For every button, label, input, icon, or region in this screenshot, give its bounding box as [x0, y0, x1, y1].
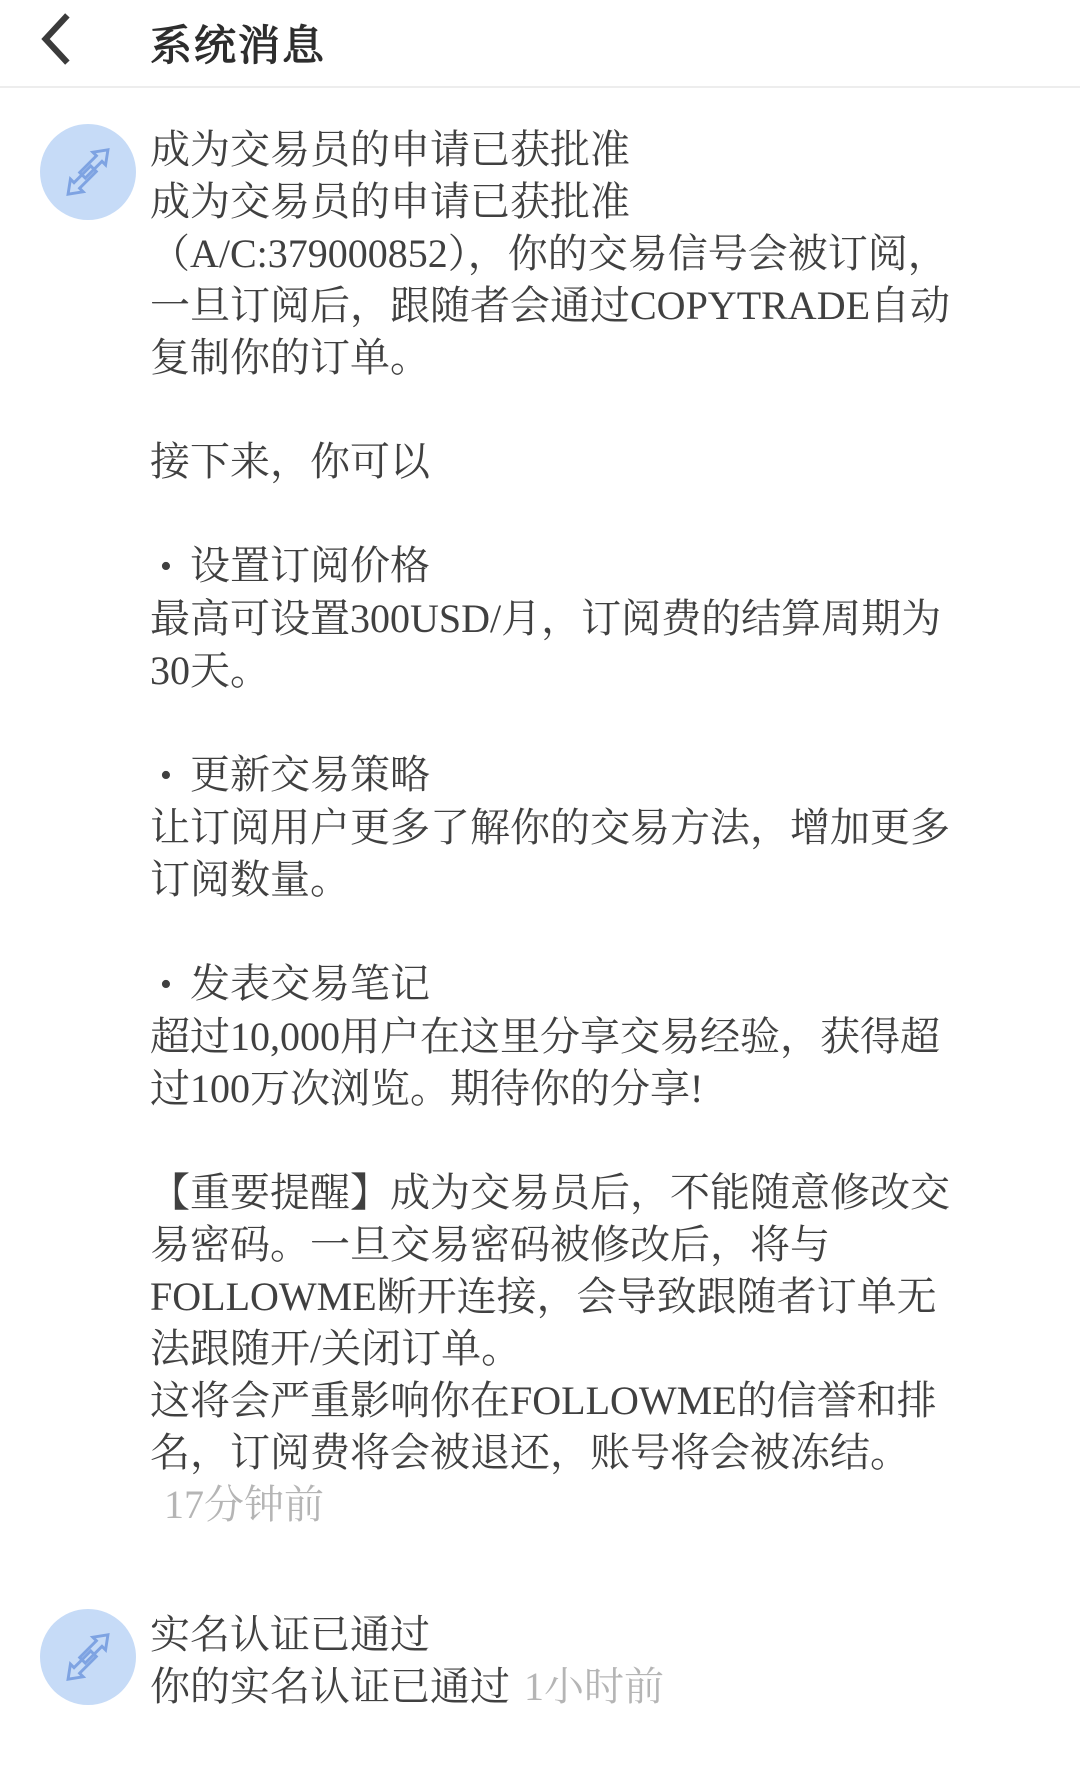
bullet-title-trading-notes: •发表交易笔记: [150, 958, 956, 1011]
warning-text: 【重要提醒】成为交易员后，不能随意修改交易密码。一旦交易密码被修改后，将与FOL…: [150, 1170, 950, 1475]
system-messages-screen: 系统消息 成为交易员的申请已获批准 成为交易员的申请已获批准（A/C:37900…: [0, 0, 1080, 1776]
bullet-dot: •: [150, 959, 190, 1011]
message-avatar: [40, 1609, 136, 1705]
message-content: 实名认证已通过 你的实名认证已通过1小时前: [150, 1609, 956, 1713]
message-title: 实名认证已通过: [150, 1609, 956, 1661]
bullet-title-text: 更新交易策略: [190, 752, 430, 797]
message-body: 你的实名认证已通过1小时前: [150, 1661, 956, 1713]
bullet-desc-subscription-price: 最高可设置300USD/月，订阅费的结算周期为30天。: [150, 593, 956, 697]
timestamp: 17分钟前: [164, 1482, 324, 1527]
page-title: 系统消息: [150, 13, 326, 73]
bullet-desc-trading-strategy: 让订阅用户更多了解你的交易方法，增加更多订阅数量。: [150, 802, 956, 906]
message-avatar: [40, 124, 136, 220]
chevron-left-icon: [38, 11, 74, 67]
message-title: 成为交易员的申请已获批准: [150, 124, 956, 176]
message-content: 成为交易员的申请已获批准 成为交易员的申请已获批准（A/C:379000852）…: [150, 124, 956, 1531]
message-body-text: 你的实名认证已通过: [150, 1664, 510, 1709]
message-item-trader-approved[interactable]: 成为交易员的申请已获批准 成为交易员的申请已获批准（A/C:379000852）…: [0, 124, 1080, 1531]
transfer-arrows-icon: [61, 145, 115, 199]
next-steps-label: 接下来，你可以: [150, 436, 956, 488]
bullet-dot: •: [150, 750, 190, 802]
transfer-arrows-icon: [61, 1630, 115, 1684]
bullet-title-trading-strategy: •更新交易策略: [150, 749, 956, 802]
back-button[interactable]: [24, 4, 88, 74]
message-item-verification-passed[interactable]: 实名认证已通过 你的实名认证已通过1小时前: [0, 1609, 1080, 1713]
bullet-dot: •: [150, 541, 190, 593]
header: 系统消息: [0, 0, 1080, 88]
bullet-desc-trading-notes: 超过10,000用户在这里分享交易经验，获得超过100万次浏览。期待你的分享!: [150, 1011, 956, 1115]
message-intro: 成为交易员的申请已获批准（A/C:379000852），你的交易信号会被订阅，一…: [150, 176, 956, 384]
bullet-title-subscription-price: •设置订阅价格: [150, 540, 956, 593]
warning-paragraph: 【重要提醒】成为交易员后，不能随意修改交易密码。一旦交易密码被修改后，将与FOL…: [150, 1167, 956, 1531]
message-list: 成为交易员的申请已获批准 成为交易员的申请已获批准（A/C:379000852）…: [0, 88, 1080, 1713]
timestamp: 1小时前: [524, 1664, 664, 1709]
bullet-title-text: 设置订阅价格: [190, 543, 430, 588]
bullet-title-text: 发表交易笔记: [190, 961, 430, 1006]
